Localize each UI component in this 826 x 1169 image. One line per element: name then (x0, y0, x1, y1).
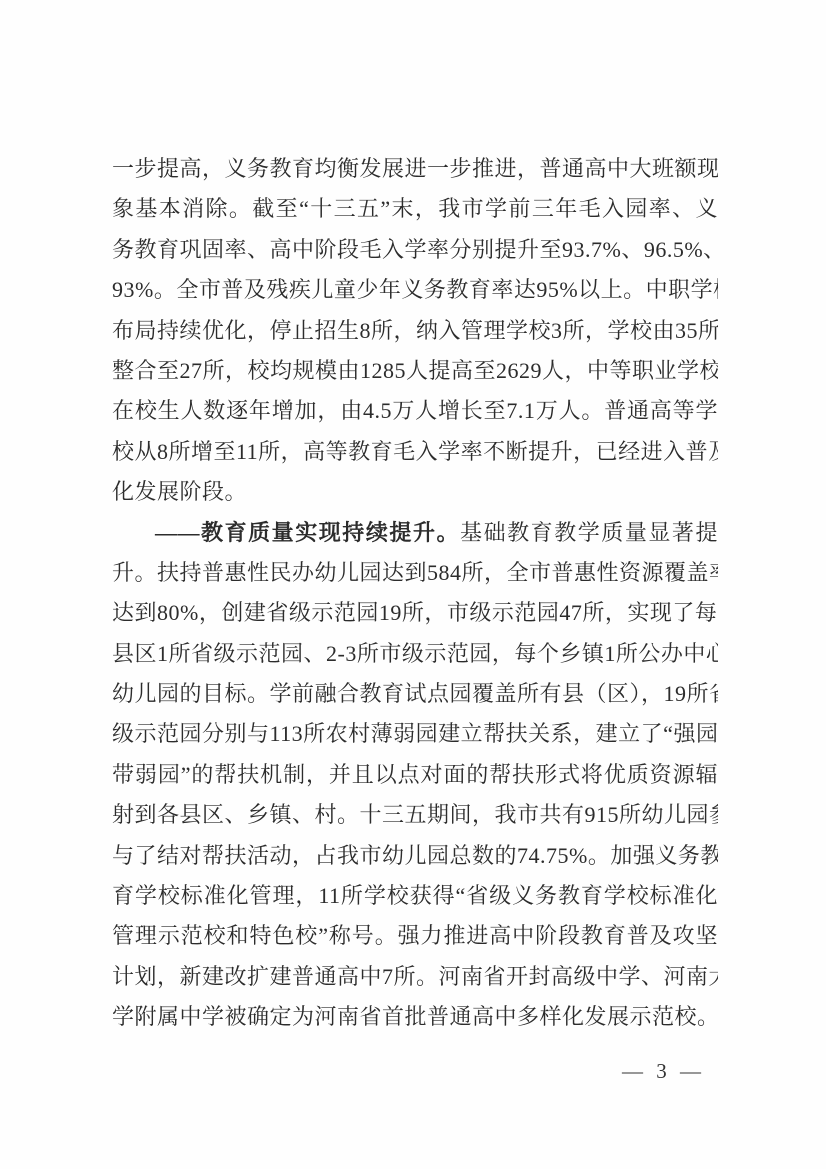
text-line: 象基本消除。截至“十三五”末，我市学前三年毛入园率、义 (112, 189, 718, 229)
text-line: ——教育质量实现持续提升。基础教育教学质量显著提 (112, 513, 718, 553)
text-line: 育学校标准化管理，11所学校获得“省级义务教育学校标准化 (112, 876, 718, 916)
text-line: 级示范园分别与113所农村薄弱园建立帮扶关系，建立了“强园 (112, 714, 718, 754)
text-line: 升。扶持普惠性民办幼儿园达到584所，全市普惠性资源覆盖率 (112, 553, 718, 593)
text-line: 带弱园”的帮扶机制，并且以点对面的帮扶形式将优质资源辐 (112, 755, 718, 795)
text-line: 整合至27所，校均规模由1285人提高至2629人，中等职业学校 (112, 351, 718, 391)
text-line: 幼儿园的目标。学前融合教育试点园覆盖所有县（区），19所省 (112, 674, 718, 714)
text-line: 在校生人数逐年增加，由4.5万人增长至7.1万人。普通高等学 (112, 391, 718, 431)
page-number: — 3 — (622, 1059, 705, 1084)
text-line: 计划，新建改扩建普通高中7所。河南省开封高级中学、河南大 (112, 957, 718, 997)
text-line: 与了结对帮扶活动，占我市幼儿园总数的74.75%。加强义务教 (112, 836, 718, 876)
document-page: 一步提高，义务教育均衡发展进一步推进，普通高中大班额现象基本消除。截至“十三五”… (0, 0, 826, 1169)
text-line: 务教育巩固率、高中阶段毛入学率分别提升至93.7%、96.5%、 (112, 230, 718, 270)
text-line: 93%。全市普及残疾儿童少年义务教育率达95%以上。中职学校 (112, 270, 718, 310)
emphasis-text: ——教育质量实现持续提升。 (155, 520, 460, 545)
text-line: 校从8所增至11所，高等教育毛入学率不断提升，已经进入普及 (112, 432, 718, 472)
text-line: 县区1所省级示范园、2-3所市级示范园，每个乡镇1所公办中心 (112, 634, 718, 674)
text-line: 射到各县区、乡镇、村。十三五期间，我市共有915所幼儿园参 (112, 795, 718, 835)
text-line: 学附属中学被确定为河南省首批普通高中多样化发展示范校。 (112, 997, 718, 1037)
text-line: 一步提高，义务教育均衡发展进一步推进，普通高中大班额现 (112, 149, 718, 189)
document-body: 一步提高，义务教育均衡发展进一步推进，普通高中大班额现象基本消除。截至“十三五”… (112, 149, 718, 1038)
text-line: 管理示范校和特色校”称号。强力推进高中阶段教育普及攻坚 (112, 916, 718, 956)
text-line: 达到80%，创建省级示范园19所，市级示范园47所，实现了每个 (112, 593, 718, 633)
text-line: 布局持续优化，停止招生8所，纳入管理学校3所，学校由35所 (112, 311, 718, 351)
text-line: 化发展阶段。 (112, 472, 718, 512)
